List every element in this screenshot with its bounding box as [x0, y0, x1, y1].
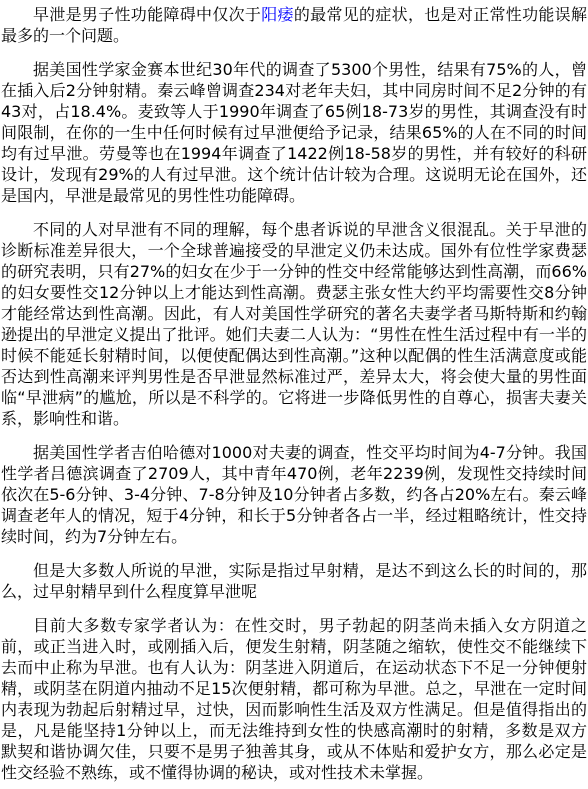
paragraph-text: 早泄是男子性功能障碍中仅次于 [33, 5, 261, 24]
paragraph-text: 不同的人对早泄有不同的理解，每个患者诉说的早泄含义很混乱。关于早泄的诊断标准差异… [1, 220, 587, 428]
paragraph-text: 据美国性学者吉伯哈德对1000对夫妻的调查，性交平均时间为4-7分钟。我国性学者… [1, 443, 587, 546]
paragraph-text: 但是大多数人所说的早泄，实际是指过早射精，是达不到这么长的时间的，那么，过早射精… [1, 561, 587, 601]
paragraph-survey-statistics: 据美国性学家金赛本世纪30年代的调查了5300个男性，结果有75%的人，曾在插入… [1, 59, 587, 206]
paragraph-question: 但是大多数人所说的早泄，实际是指过早射精，是达不到这么长的时间的，那么，过早射精… [1, 560, 587, 602]
paragraph-expert-definition: 目前大多数专家学者认为：在性交时，男子勃起的阴茎尚未插入女方阴道之前，或正当进入… [1, 615, 587, 783]
paragraph-text: 目前大多数专家学者认为：在性交时，男子勃起的阴茎尚未插入女方阴道之前，或正当进入… [1, 616, 587, 782]
paragraph-definition-controversy: 不同的人对早泄有不同的理解，每个患者诉说的早泄含义很混乱。关于早泄的诊断标准差异… [1, 219, 587, 429]
paragraph-duration-statistics: 据美国性学者吉伯哈德对1000对夫妻的调查，性交平均时间为4-7分钟。我国性学者… [1, 442, 587, 547]
yangwei-link[interactable]: 阳痿 [261, 5, 294, 24]
paragraph-text: 据美国性学家金赛本世纪30年代的调查了5300个男性，结果有75%的人，曾在插入… [1, 60, 587, 205]
article-body: 早泄是男子性功能障碍中仅次于阳痿的最常见的症状，也是对正常性功能误解最多的一个问… [0, 0, 588, 789]
paragraph-intro: 早泄是男子性功能障碍中仅次于阳痿的最常见的症状，也是对正常性功能误解最多的一个问… [1, 4, 587, 46]
